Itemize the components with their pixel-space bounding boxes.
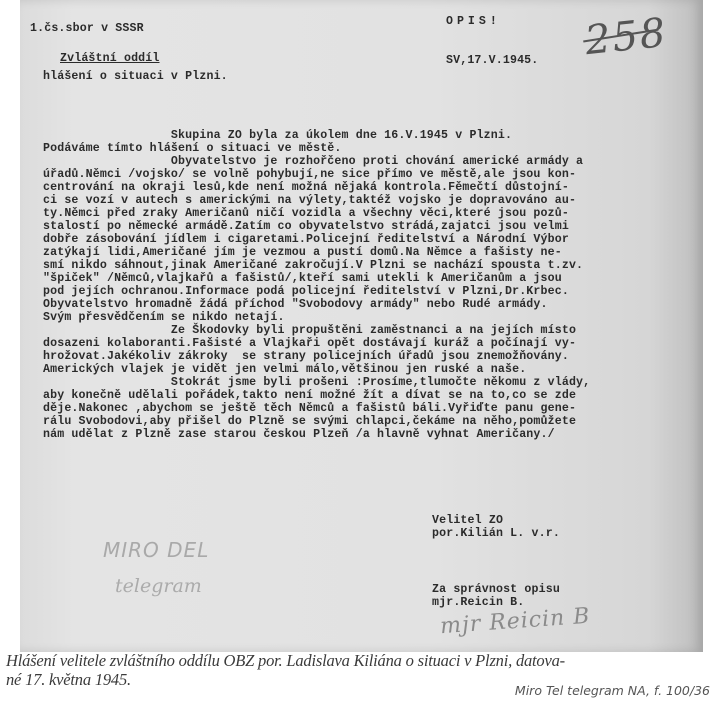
body-line: "špiček" /Němců,vlajkařů a fašistů/,kteř… — [43, 272, 590, 285]
body-line: zatýkají lidi,Američané jím je vezmou a … — [43, 246, 590, 259]
body-line: smí nikdo sáhnout,jinak Američané zakroč… — [43, 259, 590, 272]
body-line: úřadů.Němci /vojsko/ se volně pohybují,n… — [43, 168, 590, 181]
body-line: pod jejích ochranou.Informace podá polic… — [43, 285, 590, 298]
body-line: Stokrát jsme byli prošeni :Prosíme,tlumo… — [43, 376, 590, 389]
header-unit: 1.čs.sbor v SSSR — [30, 22, 144, 35]
body-line: dosazeni kolaboranti.Fašisté a Vlajkaři … — [43, 337, 590, 350]
document-date: SV,17.V.1945. — [446, 54, 538, 67]
header-subject: hlášení o situaci v Plzni. — [43, 70, 228, 83]
signature-block-commander: Velitel ZO por.Kilián L. v.r. — [432, 514, 560, 540]
body-line: centrování na okraji lesů,kde není možná… — [43, 181, 590, 194]
certifier-name: mjr.Reicin B. — [432, 596, 524, 609]
body-line: Svým přesvědčením se nikdo netají. — [43, 311, 590, 324]
report-body: Skupina ZO byla za úkolem dne 16.V.1945 … — [43, 129, 590, 441]
body-line: Podáváme tímto hlášení o situaci ve měst… — [43, 142, 590, 155]
body-line: rálu Svobodovi,aby přišel do Plzně se sv… — [43, 415, 590, 428]
header-department: Zvláštní oddíl — [60, 52, 160, 65]
watermark-line-1: MIRO DEL — [103, 538, 209, 562]
copy-mark: OPIS! — [446, 15, 501, 28]
signature-block-certification: Za správnost opisu mjr.Reicin B. — [432, 583, 560, 609]
body-line: ty.Němci před zraky Američanů ničí vozid… — [43, 207, 590, 220]
body-line: aby konečně udělali pořádek,takto není m… — [43, 389, 590, 402]
handwritten-folio-number: 258 — [583, 10, 670, 64]
certification-title: Za správnost opisu — [432, 583, 560, 596]
body-line: stalostí po německé armádě.Zatím co obyv… — [43, 220, 590, 233]
body-line: dobře zásobování jídlem i cigaretami.Pol… — [43, 233, 590, 246]
body-line: nám udělat z Plzně zase starou českou Pl… — [43, 428, 590, 441]
body-line: Obyvatelstvo hromadně žádá příchod "Svob… — [43, 298, 590, 311]
body-line: hrožovat.Jakékoliv zákroky se strany pol… — [43, 350, 590, 363]
body-line: Obyvatelstvo je rozhořčeno proti chování… — [43, 155, 590, 168]
watermark-line-2: telegram — [115, 575, 202, 597]
body-line: Ze Škodovky byli propuštěni zaměstnanci … — [43, 324, 590, 337]
body-line: Amerických vlajek je vidět jen velmi mál… — [43, 363, 590, 376]
body-line: děje.Nakonec ,abychom se ještě těch Němc… — [43, 402, 590, 415]
body-line: Skupina ZO byla za úkolem dne 16.V.1945 … — [43, 129, 590, 142]
commander-name: por.Kilián L. v.r. — [432, 527, 560, 540]
source-credit: Miro Tel telegram NA, f. 100/36 — [515, 683, 710, 698]
body-line: ci se vozí v autech s americkými na výle… — [43, 194, 590, 207]
commander-title: Velitel ZO — [432, 514, 503, 527]
